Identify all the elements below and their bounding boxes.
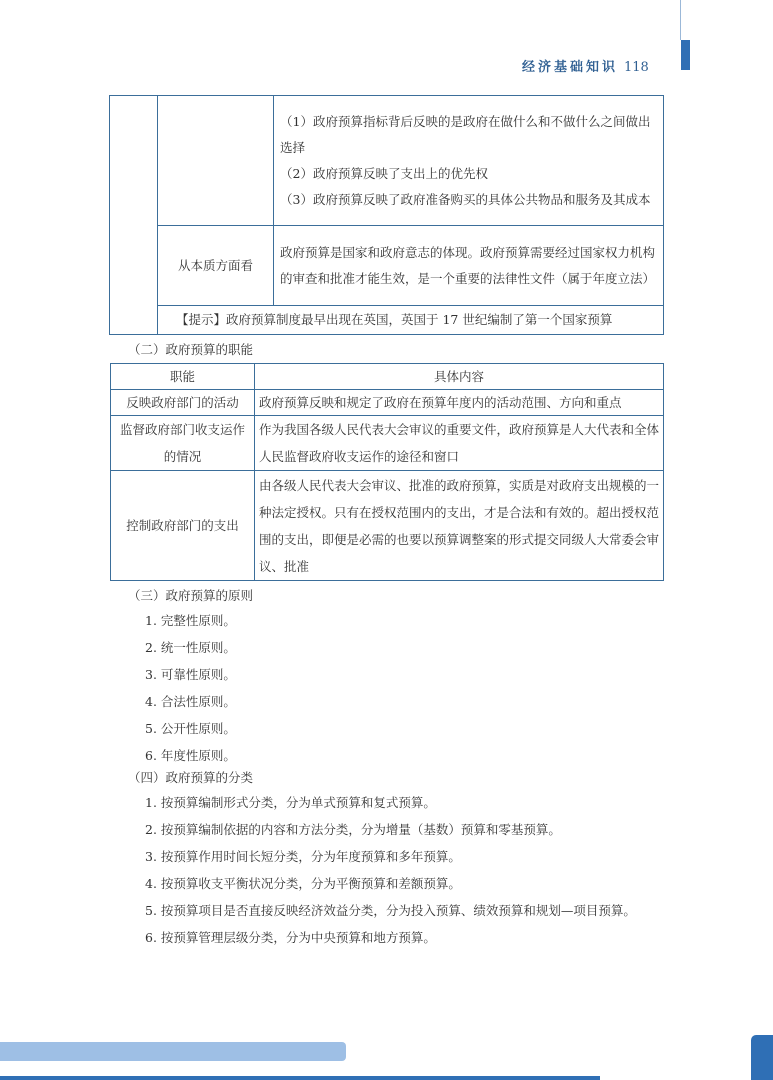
principles-list: 1. 完整性原则。 2. 统一性原则。 3. 可靠性原则。 4. 合法性原则。 …: [145, 607, 236, 769]
function-3: 控制政府部门的支出: [111, 471, 255, 581]
tip-note: 【提示】政府预算制度最早出现在英国，英国于 17 世纪编制了第一个国家预算: [158, 306, 664, 335]
footer-dark-bar: [0, 1076, 600, 1080]
classification-item: 4. 按预算收支平衡状况分类，分为平衡预算和差额预算。: [145, 870, 636, 897]
function-1: 反映政府部门的活动: [111, 390, 255, 416]
header-tab-marker: [681, 40, 690, 70]
header-divider-line: [680, 0, 681, 40]
principle-item: 2. 统一性原则。: [145, 634, 236, 661]
section2-title: （二）政府预算的职能: [128, 340, 253, 358]
content-2: 作为我国各级人民代表大会审议的重要文件，政府预算是人大代表和全体人民监督政府收支…: [255, 416, 664, 471]
outer-merged-cell: [110, 96, 158, 335]
continued-table: （1）政府预算指标背后反映的是政府在做什么和不做什么之间做出选择 （2）政府预算…: [109, 95, 664, 335]
function-2: 监督政府部门收支运作的情况: [111, 416, 255, 471]
classification-item: 5. 按预算项目是否直接反映经济效益分类，分为投入预算、绩效预算和规划—项目预算…: [145, 897, 636, 924]
row2-label: 从本质方面看: [158, 226, 274, 306]
header-function: 职能: [111, 364, 255, 390]
principle-item: 6. 年度性原则。: [145, 742, 236, 769]
row1-point-2: （2）政府预算反映了支出上的优先权: [280, 161, 657, 187]
principle-item: 1. 完整性原则。: [145, 607, 236, 634]
classification-list: 1. 按预算编制形式分类，分为单式预算和复式预算。 2. 按预算编制依据的内容和…: [145, 789, 636, 951]
classification-item: 1. 按预算编制形式分类，分为单式预算和复式预算。: [145, 789, 636, 816]
footer-tab-marker: [751, 1035, 773, 1080]
page-number: 118: [624, 60, 649, 75]
running-header: 经济基础知识118: [522, 56, 649, 75]
classification-item: 6. 按预算管理层级分类，分为中央预算和地方预算。: [145, 924, 636, 951]
content-3: 由各级人民代表大会审议、批准的政府预算，实质是对政府支出规模的一种法定授权。只有…: [255, 471, 664, 581]
row1-point-1: （1）政府预算指标背后反映的是政府在做什么和不做什么之间做出选择: [280, 109, 657, 161]
classification-item: 3. 按预算作用时间长短分类，分为年度预算和多年预算。: [145, 843, 636, 870]
header-content: 具体内容: [255, 364, 664, 390]
principle-item: 5. 公开性原则。: [145, 715, 236, 742]
content-1: 政府预算反映和规定了政府在预算年度内的活动范围、方向和重点: [255, 390, 664, 416]
row2-content: 政府预算是国家和政府意志的体现。政府预算需要经过国家权力机构的审查和批准才能生效…: [274, 226, 664, 306]
footer-light-bar: [0, 1042, 346, 1061]
principle-item: 3. 可靠性原则。: [145, 661, 236, 688]
row1-content-cell: （1）政府预算指标背后反映的是政府在做什么和不做什么之间做出选择 （2）政府预算…: [274, 96, 664, 226]
book-title: 经济基础知识: [522, 60, 618, 75]
functions-table: 职能 具体内容 反映政府部门的活动 政府预算反映和规定了政府在预算年度内的活动范…: [110, 363, 664, 581]
row1-point-3: （3）政府预算反映了政府准备购买的具体公共物品和服务及其成本: [280, 187, 657, 213]
section3-title: （三）政府预算的原则: [128, 586, 253, 604]
row1-label-cell: [158, 96, 274, 226]
section4-title: （四）政府预算的分类: [128, 768, 253, 786]
principle-item: 4. 合法性原则。: [145, 688, 236, 715]
classification-item: 2. 按预算编制依据的内容和方法分类，分为增量（基数）预算和零基预算。: [145, 816, 636, 843]
